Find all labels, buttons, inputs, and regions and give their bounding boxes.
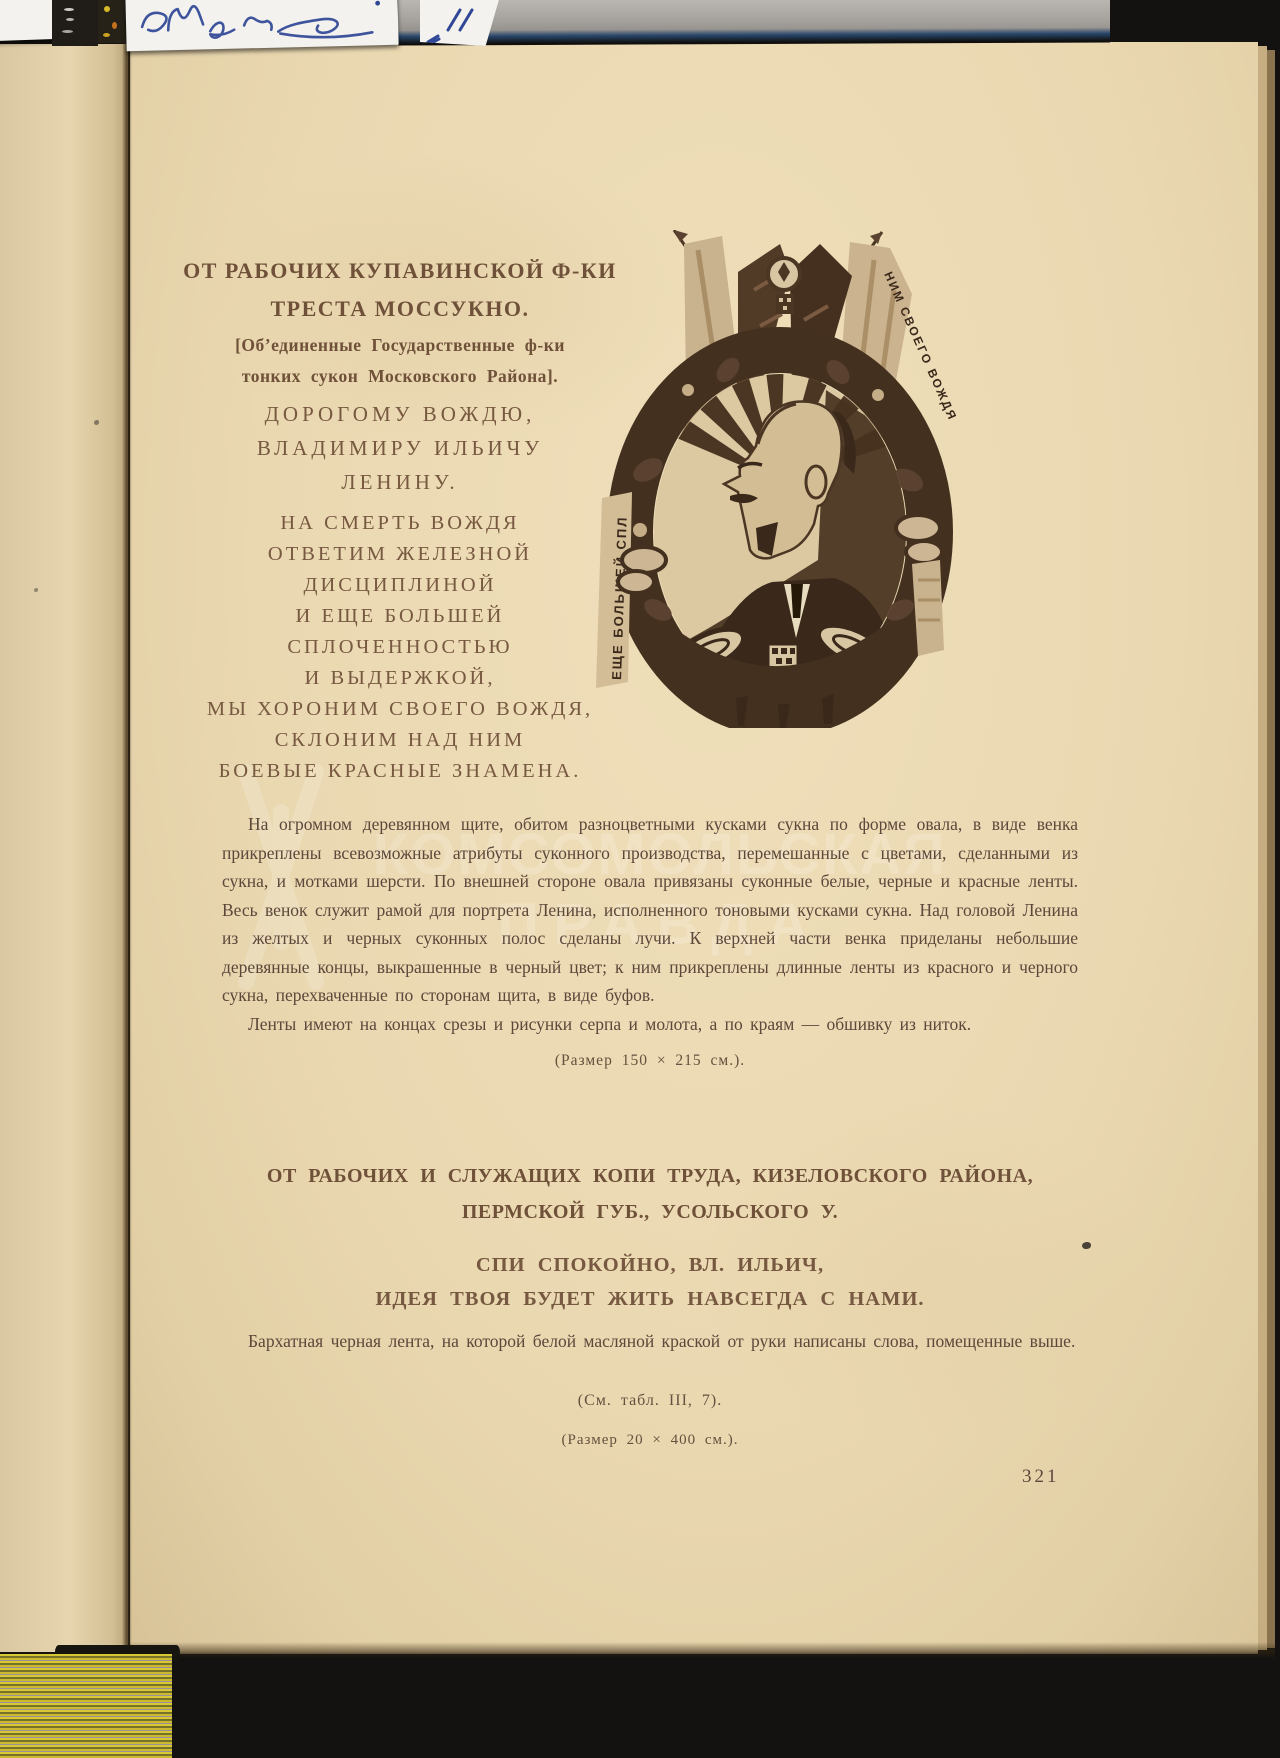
page-bottom-shadow: [130, 1642, 1275, 1658]
paper-speck: [34, 588, 38, 592]
verse-line: СПЛОЧЕННОСТЬЮ: [150, 632, 650, 663]
top-emblem: [776, 294, 794, 314]
slogan-line2: ИДЕЯ ТВОЯ БУДЕТ ЖИТЬ НАВСЕГДА С НАМИ.: [180, 1282, 1120, 1316]
flag-left: [674, 230, 688, 242]
section1-subtitle: [Об’единенные Государственные ф-ки тонки…: [150, 330, 650, 392]
section2-title: ОТ РАБОЧИХ И СЛУЖАЩИХ КОПИ ТРУДА, КИЗЕЛО…: [180, 1158, 1120, 1230]
section1-dedication: ДОРОГОМУ ВОЖДЮ, ВЛАДИМИРУ ИЛЬИЧУ ЛЕНИНУ.: [150, 397, 650, 499]
section1-size-note: (Размер 150 × 215 см.).: [222, 1052, 1078, 1070]
book-scan-scene: КОМСОМОЛЬСКАЯ ПРАВДА ОТ РАБОЧИХ КУПАВИНС…: [0, 0, 1280, 1758]
page-gutter-shadow: [122, 42, 132, 1654]
scan-moire-stripes: [0, 1654, 172, 1758]
section1-subtitle-line2: тонких сукон Московского Района].: [150, 361, 650, 392]
paper-speck: [94, 420, 99, 425]
section2-title-line2: ПЕРМСКОЙ ГУБ., УСОЛЬСКОГО У.: [180, 1194, 1120, 1230]
section1-description: На огромном деревянном щите, обитом разн…: [222, 810, 1078, 1038]
spine-speck-yellow-2: [103, 33, 110, 37]
verse-line: ДИСЦИПЛИНОЙ: [150, 570, 650, 601]
handwritten-note: [125, 0, 398, 51]
section1-title-line2: ТРЕСТА МОССУКНО.: [150, 290, 650, 328]
section1-verse: НА СМЕРТЬ ВОЖДЯ ОТВЕТИМ ЖЕЛЕЗНОЙ ДИСЦИПЛ…: [150, 508, 650, 787]
dedication-line: ВЛАДИМИРУ ИЛЬИЧУ: [150, 431, 650, 465]
spine-print-speck: [64, 8, 74, 11]
description-paragraph-1: На огромном деревянном щите, обитом разн…: [222, 810, 1078, 1010]
dedication-line: ЛЕНИНУ.: [150, 465, 650, 499]
page-right-edge: [1258, 46, 1267, 1650]
label-paper: [125, 0, 398, 51]
ink-speck: [1082, 1242, 1091, 1249]
section2-title-line1: ОТ РАБОЧИХ И СЛУЖАЩИХ КОПИ ТРУДА, КИЗЕЛО…: [180, 1158, 1120, 1194]
spine-print-speck: [66, 18, 74, 21]
verse-line: СКЛОНИМ НАД НИМ: [150, 725, 650, 756]
section2-reference-note: (См. табл. III, 7).: [222, 1392, 1078, 1410]
verse-line: И ЕЩЕ БОЛЬШЕЙ: [150, 601, 650, 632]
spine-speck-yellow: [104, 6, 110, 12]
verse-line: НА СМЕРТЬ ВОЖДЯ: [150, 508, 650, 539]
description-paragraph-2: Ленты имеют на концах срезы и рисунки се…: [222, 1010, 1078, 1039]
slogan-line1: СПИ СПОКОЙНО, ВЛ. ИЛЬИЧ,: [180, 1248, 1120, 1282]
spine-print-speck: [62, 30, 73, 33]
verse-line: МЫ ХОРОНИМ СВОЕГО ВОЖДЯ,: [150, 694, 650, 725]
verse-line: ОТВЕТИМ ЖЕЛЕЗНОЙ: [150, 539, 650, 570]
section1-subtitle-line1: [Об’единенные Государственные ф-ки: [150, 330, 650, 361]
section2-slogan: СПИ СПОКОЙНО, ВЛ. ИЛЬИЧ, ИДЕЯ ТВОЯ БУДЕТ…: [180, 1248, 1120, 1316]
book-spine-dark: [52, 0, 98, 46]
verse-line: БОЕВЫЕ КРАСНЫЕ ЗНАМЕНА.: [150, 756, 650, 787]
section1-title: ОТ РАБОЧИХ КУПАВИНСКОЙ Ф-КИ ТРЕСТА МОССУ…: [150, 252, 650, 328]
ink-dot: [375, 1, 380, 6]
section1-title-line1: ОТ РАБОЧИХ КУПАВИНСКОЙ Ф-КИ: [150, 252, 650, 290]
dedication-line: ДОРОГОМУ ВОЖДЮ,: [150, 397, 650, 431]
desk-shadow-line: [398, 27, 1110, 45]
section2-description-text: Бархатная черная лента, на которой белой…: [222, 1326, 1078, 1357]
section2-description: Бархатная черная лента, на которой белой…: [222, 1326, 1078, 1357]
page-number: 321: [1022, 1466, 1060, 1488]
left-page-edge: [0, 44, 128, 1652]
wreath-photo: ЖЕЛЕЗНОЙ ВЫДЕРЖКОЙ НИМ СВОЕГО ВОЖДЯ: [588, 230, 966, 728]
section2-size-note: (Размер 20 × 400 см.).: [222, 1432, 1078, 1449]
spine-speck-orange: [112, 22, 117, 29]
page-right-edge-dark: [1267, 50, 1275, 1648]
paper-scrap-left: [0, 0, 55, 41]
verse-line: И ВЫДЕРЖКОЙ,: [150, 663, 650, 694]
